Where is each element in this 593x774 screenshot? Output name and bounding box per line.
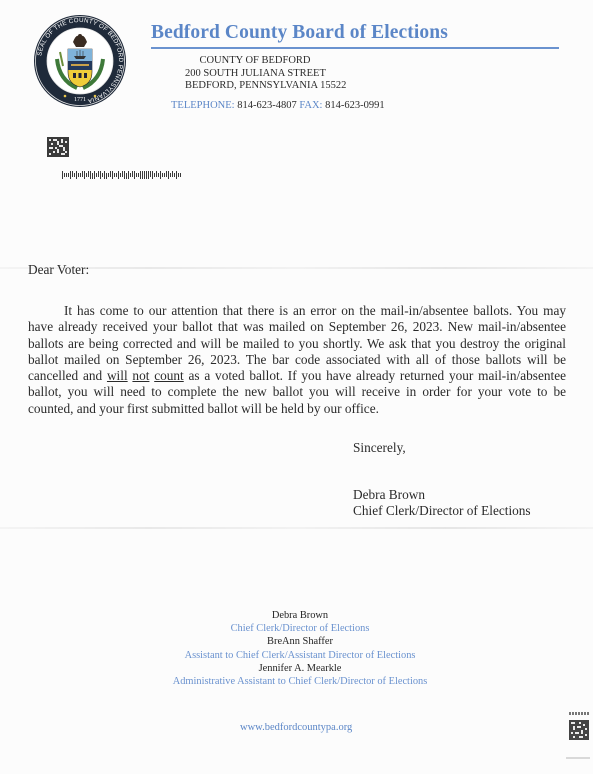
contact-line: TELEPHONE: 814-623-4807 FAX: 814-623-099… [171, 100, 385, 111]
barcode-bar [62, 171, 63, 179]
emphasis-not: not [132, 368, 149, 383]
barcode-bar [112, 171, 113, 179]
barcode-bar [70, 171, 71, 179]
barcode-bar [160, 171, 161, 179]
mailing-address: COUNTY OF BEDFORD 200 SOUTH JULIANA STRE… [185, 55, 325, 93]
barcode-bar [128, 171, 129, 179]
paper-fold-line [0, 527, 593, 529]
barcode-bar [170, 173, 171, 177]
datamatrix-code-icon [569, 720, 589, 740]
barcode-bar [140, 171, 141, 179]
barcode-bar [126, 173, 127, 179]
signer-name: Debra Brown [353, 487, 425, 503]
barcode-bar [64, 173, 65, 177]
barcode-bar [166, 171, 167, 177]
staff-name: Debra Brown [150, 609, 450, 622]
barcode-bar [68, 173, 69, 177]
barcode-bar [98, 171, 99, 177]
staff-directory: Debra Brown Chief Clerk/Director of Elec… [150, 609, 450, 688]
barcode-bar [136, 173, 137, 177]
barcode-bar [74, 173, 75, 177]
datamatrix-code-icon [47, 137, 69, 157]
barcode-bar [80, 173, 81, 177]
barcode-bar [102, 173, 103, 177]
barcode-bar [138, 173, 139, 177]
barcode-bar [146, 171, 147, 179]
letter-page: SEAL OF THE COUNTY OF BEDFORD PENNSYLVAN… [0, 0, 593, 774]
barcode-bar [92, 173, 93, 179]
barcode-bar [142, 171, 143, 179]
barcode-bar [114, 173, 115, 177]
staff-name: Jennifer A. Mearkle [150, 662, 450, 675]
emphasis-will: will [107, 368, 128, 383]
organization-title: Bedford County Board of Elections [151, 22, 448, 44]
barcode-bar [148, 171, 149, 179]
website-link[interactable]: www.bedfordcountypa.org [240, 722, 352, 733]
barcode-bar [124, 171, 125, 179]
barcode-bar [130, 173, 131, 177]
barcode-bar [120, 173, 121, 177]
barcode-bar [174, 173, 175, 177]
barcode-bar [88, 171, 89, 177]
code-caption [566, 757, 590, 759]
barcode-bar [134, 171, 135, 179]
telephone-number: 814-623-4807 [237, 100, 297, 111]
barcode-bar [164, 173, 165, 177]
barcode-bar [76, 171, 77, 179]
barcode-bar [118, 171, 119, 179]
barcode-bar [82, 171, 83, 177]
barcode-bar [154, 173, 155, 177]
address-line: BEDFORD, PENNSYLVANIA 15522 [185, 80, 325, 93]
salutation: Dear Voter: [28, 262, 89, 278]
barcode-bar [156, 171, 157, 177]
barcode-bar [132, 171, 133, 177]
barcode-bar [168, 171, 169, 179]
barcode-bar [108, 173, 109, 177]
barcode-bar [100, 171, 101, 179]
fax-label: FAX: [299, 100, 322, 111]
barcode-bar [90, 171, 91, 179]
staff-role: Assistant to Chief Clerk/Assistant Direc… [150, 649, 450, 662]
barcode-bar [152, 171, 153, 179]
barcode-bar [106, 173, 107, 179]
barcode-bar [110, 171, 111, 177]
staff-role: Administrative Assistant to Chief Clerk/… [150, 675, 450, 688]
staff-role: Chief Clerk/Director of Elections [150, 622, 450, 635]
barcode-bar [180, 173, 181, 177]
barcode-bar [84, 171, 85, 179]
barcode-bar [162, 173, 163, 177]
staff-name: BreAnn Shaffer [150, 635, 450, 648]
barcode-bar [96, 173, 97, 177]
county-seal-icon: SEAL OF THE COUNTY OF BEDFORD PENNSYLVAN… [33, 14, 127, 108]
barcode-bar [176, 171, 177, 179]
barcode-bar [66, 173, 67, 177]
code-label [569, 712, 589, 715]
barcode-bar [78, 173, 79, 177]
header-divider [151, 47, 559, 49]
address-line: COUNTY OF BEDFORD [185, 55, 325, 68]
telephone-label: TELEPHONE: [171, 100, 235, 111]
barcode-bar [158, 173, 159, 177]
letter-body-paragraph: It has come to our attention that there … [28, 303, 566, 417]
barcode-bar [94, 171, 95, 179]
barcode-bar [104, 171, 105, 179]
barcode-bar [178, 173, 179, 177]
postal-barcode-icon [62, 171, 181, 179]
barcode-bar [150, 171, 151, 177]
barcode-bar [122, 171, 123, 177]
barcode-bar [144, 171, 145, 179]
barcode-bar [86, 173, 87, 177]
address-line: 200 SOUTH JULIANA STREET [185, 68, 325, 81]
barcode-bar [72, 171, 73, 177]
emphasis-count: count [154, 368, 184, 383]
closing: Sincerely, [353, 440, 406, 456]
fax-number: 814-623-0991 [325, 100, 385, 111]
svg-text:1771: 1771 [74, 97, 86, 103]
barcode-bar [116, 173, 117, 177]
barcode-bar [172, 171, 173, 177]
signer-title: Chief Clerk/Director of Elections [353, 503, 531, 519]
